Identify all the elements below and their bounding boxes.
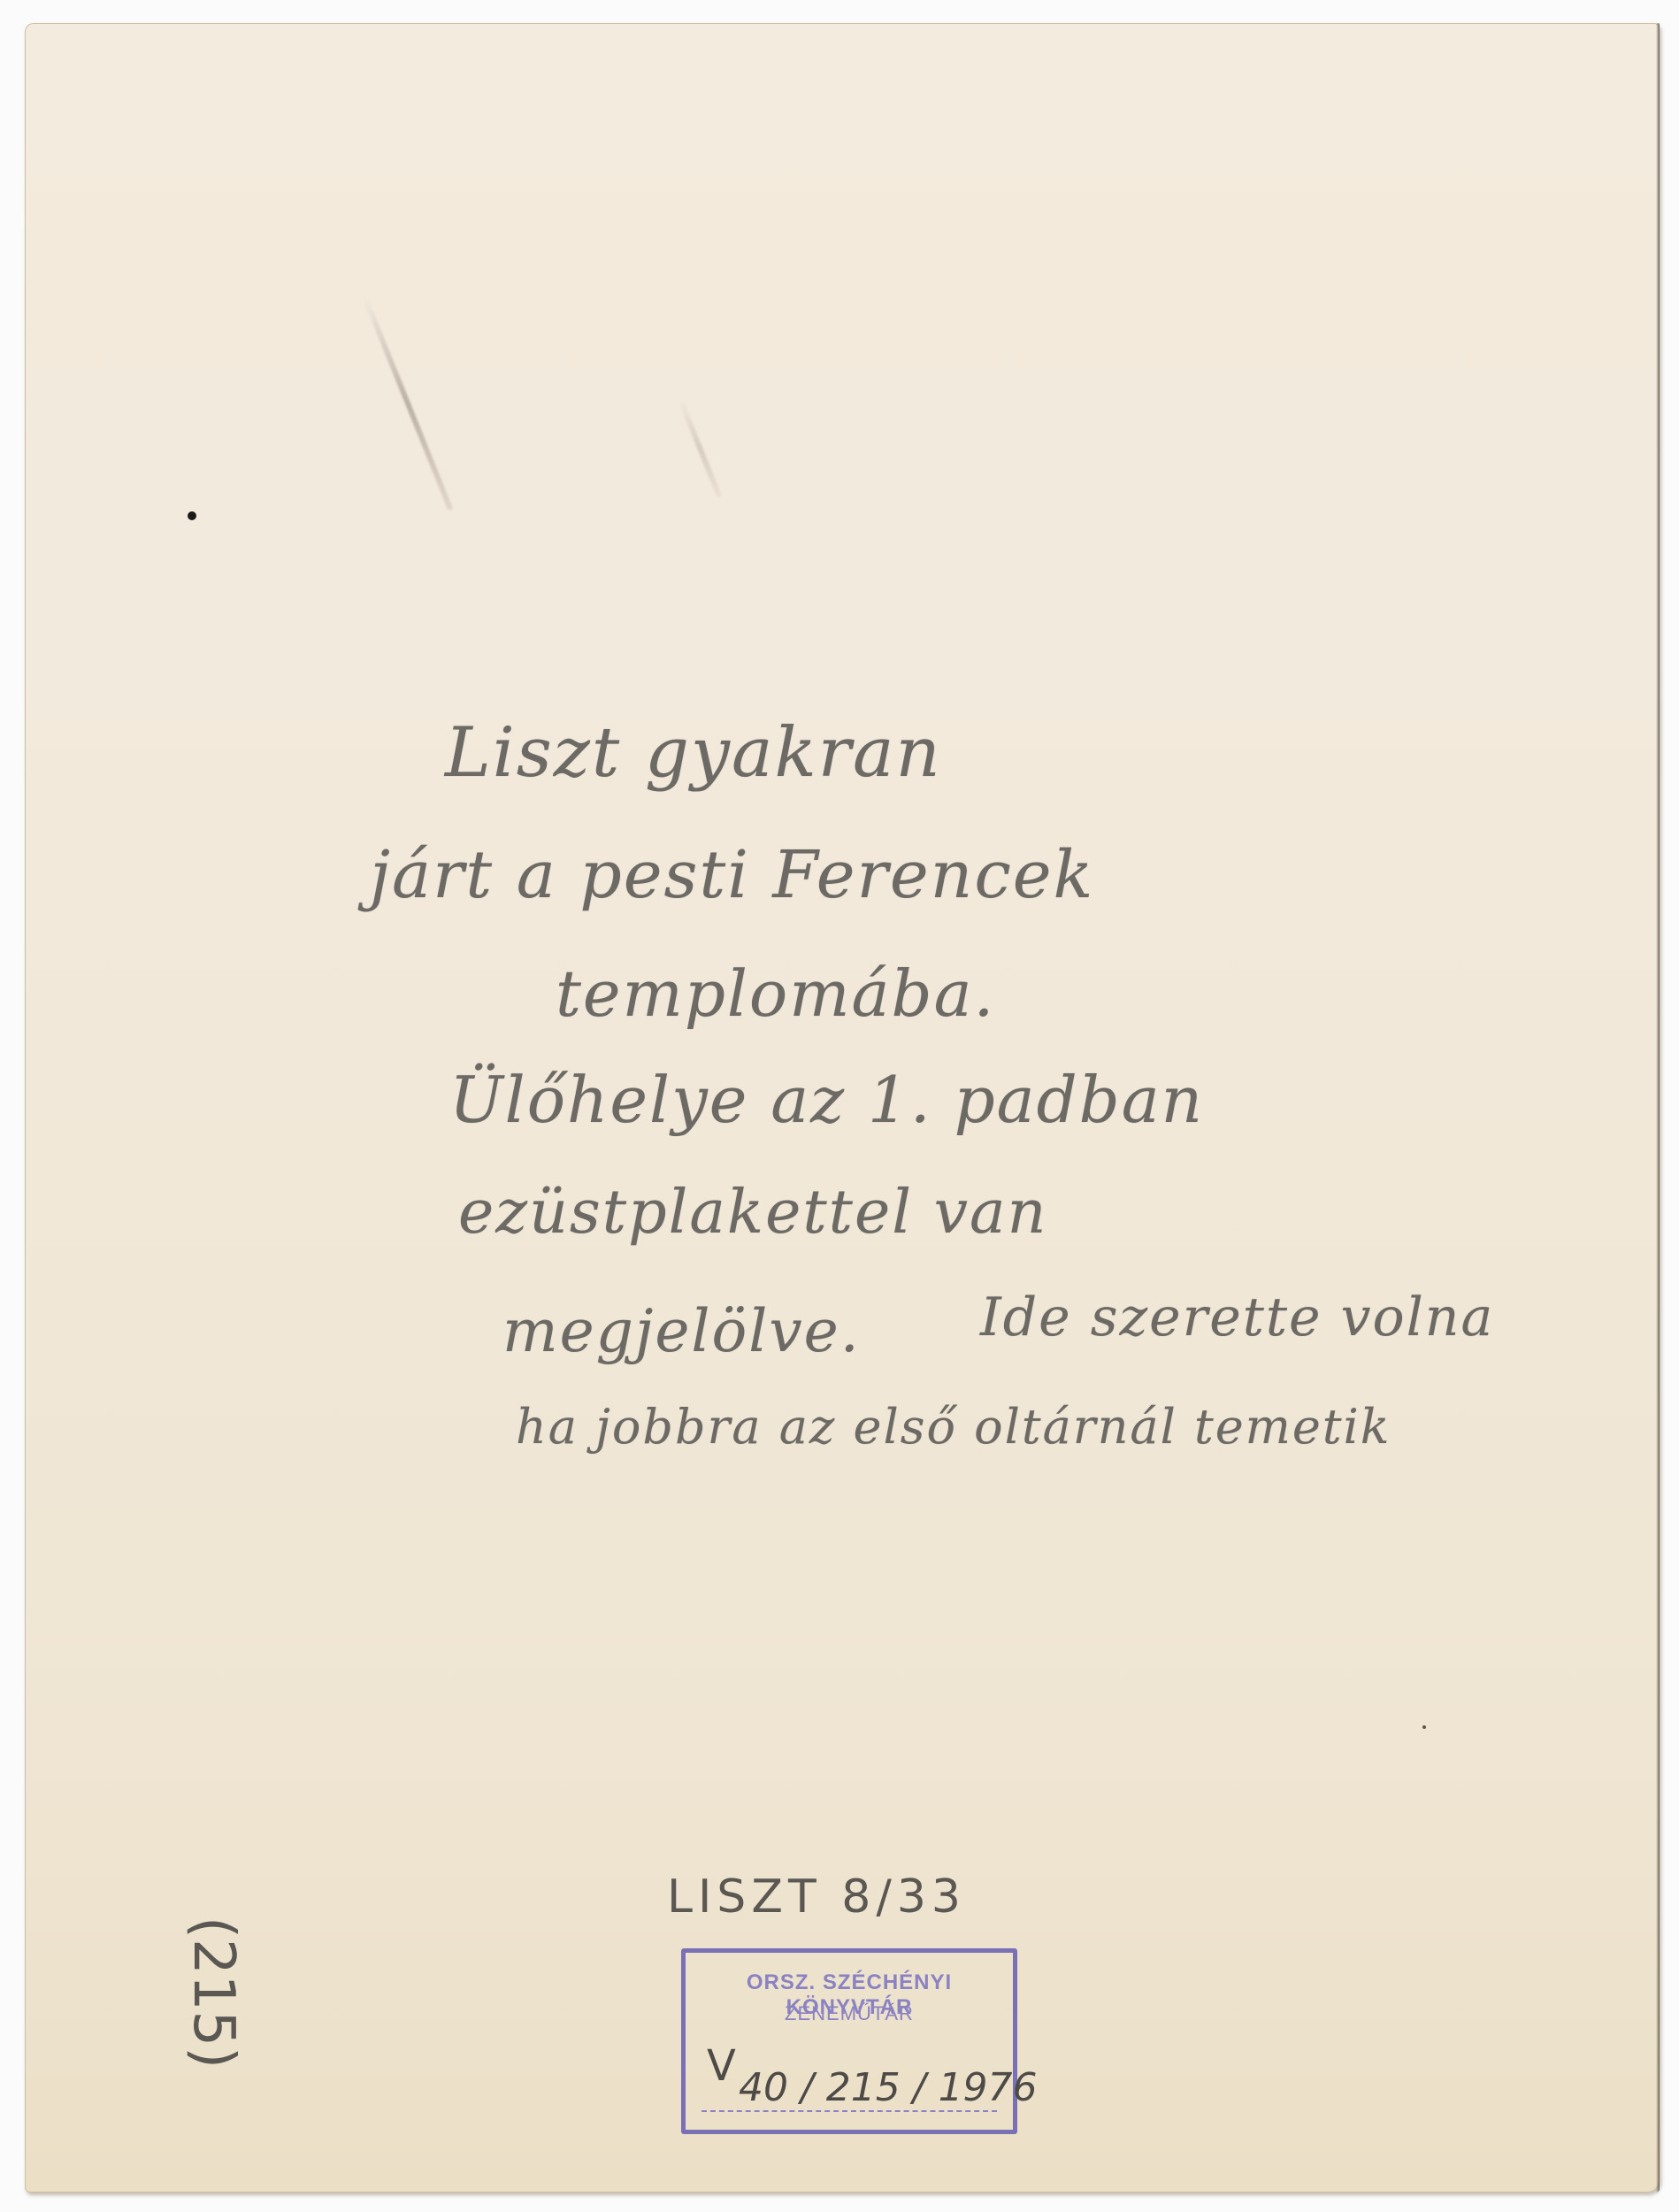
catalog-label: LISZT 8/33: [667, 1870, 966, 1924]
pencil-smudge: [363, 296, 454, 511]
stamp-department: ZENEMŰTÁR: [686, 2002, 1013, 2025]
paper-edge-shadow: [1656, 23, 1660, 2193]
handwriting-line-8: ha jobbra az első oltárnál temetik: [516, 1399, 1391, 1455]
stamp-underline: [701, 2110, 997, 2112]
handwriting-line-2: járt a pesti Ferencek: [370, 837, 1094, 913]
photo-back-paper: Liszt gyakran járt a pesti Ferencek temp…: [25, 23, 1660, 2193]
stamp-prefix: V: [707, 2041, 736, 2091]
handwriting-line-3: templomába.: [556, 956, 995, 1031]
pencil-smudge: [678, 397, 723, 498]
handwriting-line-6: megjelölve.: [502, 1297, 861, 1365]
handwriting-line-5: ezüstplakettel van: [458, 1178, 1047, 1248]
handwriting-line-1: Liszt gyakran: [445, 713, 942, 793]
handwriting-line-7: Ide szerette volna: [980, 1286, 1494, 1348]
library-stamp: ORSZ. SZÉCHÉNYI KÖNYVTÁR ZENEMŰTÁR V 40 …: [681, 1948, 1017, 2134]
handwriting-line-4: Ülőhelye az 1. padban: [449, 1063, 1204, 1137]
stamp-accession-number: 40 / 215 / 1976: [739, 2065, 1038, 2110]
ink-dot: [188, 511, 196, 520]
margin-number: (215): [180, 1916, 246, 2069]
ink-dot: [1422, 1725, 1426, 1729]
